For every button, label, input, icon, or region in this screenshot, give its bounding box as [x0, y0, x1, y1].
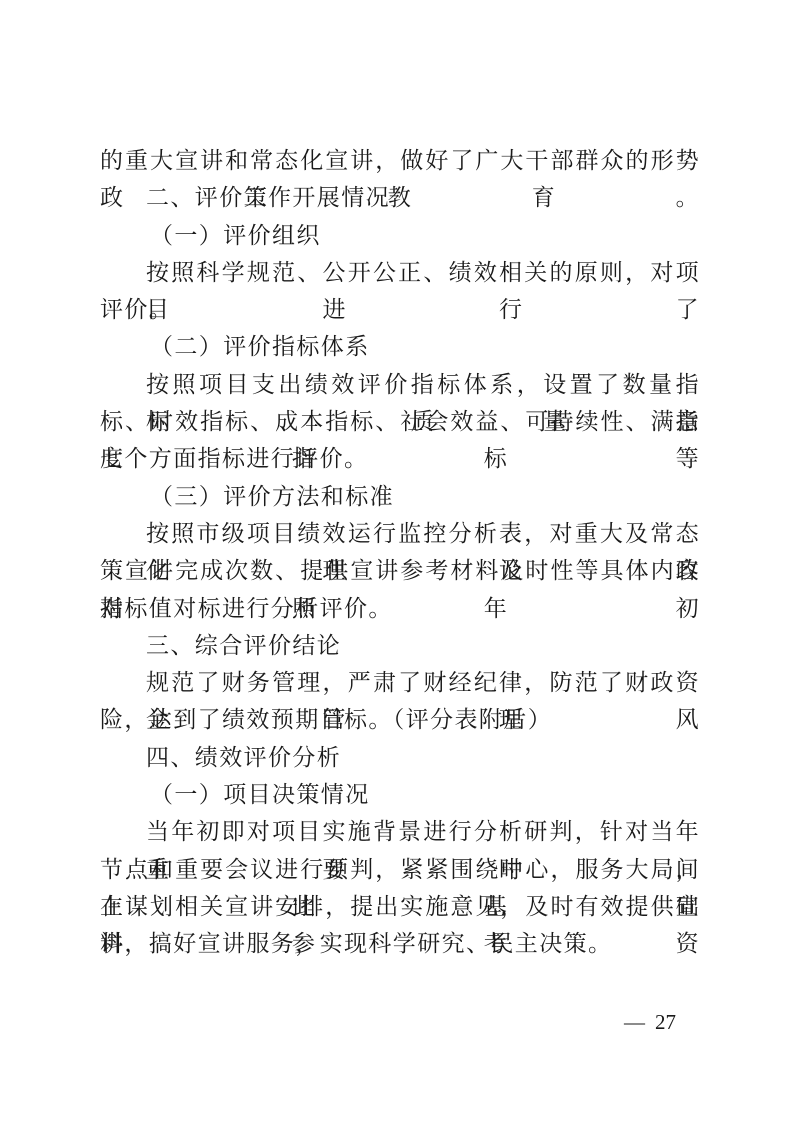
body-text: 料，搞好宣讲服务，实现科学研究、民主决策。	[100, 931, 612, 957]
subsection-heading: （一）评价组织	[100, 218, 700, 255]
body-text: 七个方面指标进行评价。	[100, 446, 368, 472]
subsection-heading: （二）评价指标体系	[100, 329, 700, 366]
footer-dash: —	[624, 1010, 645, 1034]
body-text: 按照科学规范、公开公正、绩效相关的原则，对项目进行了	[146, 255, 700, 330]
section-heading: 三、综合评价结论	[100, 628, 700, 665]
body-line: 按照项目支出绩效评价指标体系，设置了数量指标、质量指	[100, 367, 700, 404]
body-line: 规范了财务管理，严肃了财经纪律，防范了财政资金管理风	[100, 665, 700, 702]
page-footer: —27	[624, 1010, 676, 1035]
heading-text: （一）评价组织	[150, 223, 321, 249]
heading-text: （二）评价指标体系	[150, 334, 370, 360]
body-line: 料，搞好宣讲服务，实现科学研究、民主决策。	[100, 926, 700, 963]
body-line: 的重大宣讲和常态化宣讲，做好了广大干部群众的形势政策教育。	[100, 143, 700, 180]
body-text: 指标值对标进行分析评价。	[100, 596, 393, 622]
heading-text: （三）评价方法和标准	[150, 484, 394, 510]
body-line: 按照科学规范、公开公正、绩效相关的原则，对项目进行了	[100, 255, 700, 292]
body-line: 策宣讲完成次数、提供宣讲参考材料及时性等具体内容对照年初	[100, 553, 700, 590]
page-number: 27	[655, 1010, 676, 1034]
document-page: 的重大宣讲和常态化宣讲，做好了广大干部群众的形势政策教育。 二、评价工作开展情况…	[100, 143, 700, 964]
heading-text: （一）项目决策情况	[150, 782, 370, 808]
subsection-heading: （一）项目决策情况	[100, 777, 700, 814]
section-heading: 四、绩效评价分析	[100, 740, 700, 777]
body-text: 评价。	[100, 297, 173, 323]
body-line: 当年初即对项目实施背景进行分析研判，针对当年重要时间	[100, 814, 700, 851]
body-line: 标、时效指标、成本指标、社会效益、可持续性、满意度指标等	[100, 404, 700, 441]
body-line: 上谋划相关宣讲安排，提出实施意见，及时有效提供宣讲参考资	[100, 889, 700, 926]
body-line: 节点和重要会议进行预判，紧紧围绕中心，服务大局，在此基础	[100, 852, 700, 889]
body-text: 险，达到了绩效预期目标。（评分表附后）	[100, 707, 552, 733]
subsection-heading: （三）评价方法和标准	[100, 479, 700, 516]
heading-text: 三、综合评价结论	[146, 633, 341, 659]
heading-text: 二、评价工作开展情况	[146, 185, 390, 211]
body-line: 按照市级项目绩效运行监控分析表，对重大及常态化理论政	[100, 516, 700, 553]
heading-text: 四、绩效评价分析	[146, 745, 341, 771]
